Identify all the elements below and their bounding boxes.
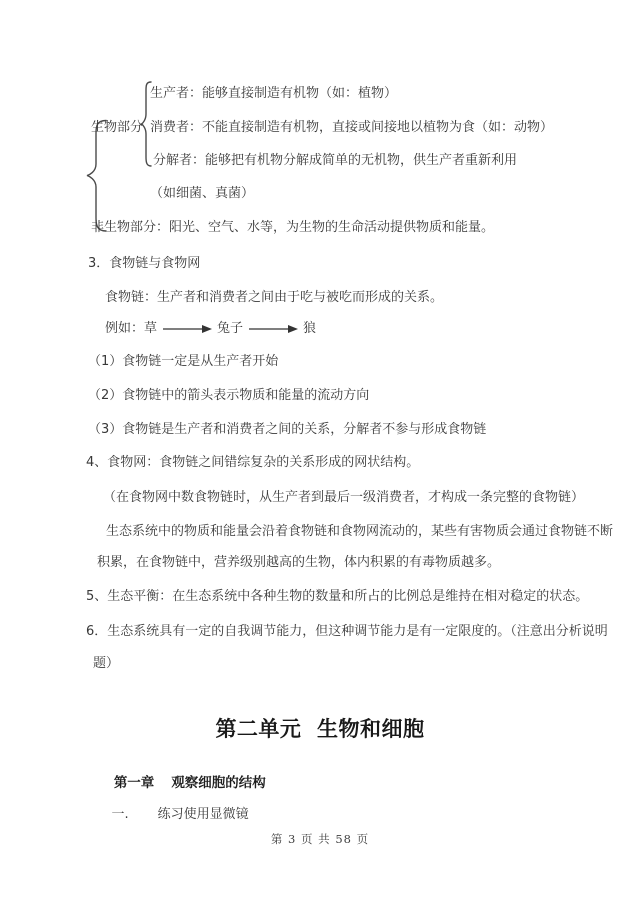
subitem-1: 一.练习使用显微镜: [95, 792, 249, 837]
item-5-line: 5、生态平衡：在生态系统中各种生物的数量和所占的比例总是维持在相对稳定的状态。: [86, 589, 588, 604]
example-node-wolf: 狼: [303, 321, 316, 336]
item-4-line-1: 4、食物网：食物链之间错综复杂的关系形成的网状结构。: [86, 455, 419, 470]
food-chain-point-3: （3）食物链是生产者和消费者之间的关系，分解者不参与形成食物链: [88, 422, 486, 437]
food-chain-point-1: （1）食物链一定是从生产者开始: [88, 354, 278, 369]
subitem-number: 一.: [112, 807, 129, 822]
item-6-line-1: 6．生态系统具有一定的自我调节能力，但这种调节能力是有一定限度的。（注意出分析说…: [86, 624, 608, 639]
section-3-heading: 3．食物链与食物网: [88, 256, 200, 271]
decomposer-note: （如细菌、真菌）: [150, 186, 254, 201]
arrow-right-icon: [248, 323, 298, 335]
unit-2-heading: 第二单元 生物和细胞: [0, 717, 640, 742]
subitem-title: 练习使用显微镜: [158, 807, 249, 822]
food-chain-example: 例如：草 兔子 狼: [105, 321, 316, 336]
example-node-grass: 例如：草: [105, 321, 157, 336]
item-4-line-4: 积累，在食物链中，营养级别越高的生物，体内积累的有毒物质越多。: [97, 555, 500, 570]
outer-brace: [85, 119, 109, 233]
item-4-line-3: 生态系统中的物质和能量会沿着食物链和食物网流动的，某些有害物质会通过食物链不断: [106, 524, 613, 539]
consumer-line: 消费者：不能直接制造有机物，直接或间接地以植物为食（如：动物）: [150, 120, 553, 135]
biotic-part-label: 生物部分: [91, 120, 143, 135]
arrow-right-icon: [162, 323, 212, 335]
chapter-title: 观察细胞的结构: [171, 775, 266, 791]
item-4-line-2: （在食物网中数食物链时，从生产者到最后一级消费者，才构成一条完整的食物链）: [103, 490, 584, 505]
example-node-rabbit: 兔子: [217, 321, 243, 336]
chapter-number: 第一章: [114, 775, 155, 791]
food-chain-point-2: （2）食物链中的箭头表示物质和能量的流动方向: [88, 388, 369, 403]
item-6-line-2: 题）: [93, 656, 119, 671]
document-page: 生产者：能够直接制造有机物（如：植物） 生物部分 消费者：不能直接制造有机物，直…: [0, 0, 640, 905]
food-chain-definition: 食物链：生产者和消费者之间由于吃与被吃而形成的关系。: [105, 290, 443, 305]
producer-line: 生产者：能够直接制造有机物（如：植物）: [150, 86, 397, 101]
decomposer-line: 分解者：能够把有机物分解成简单的无机物，供生产者重新利用: [153, 153, 517, 168]
page-footer: 第 3 页 共 58 页: [0, 832, 640, 846]
abiotic-part-line: 非生物部分：阳光、空气、水等，为生物的生命活动提供物质和能量。: [91, 220, 494, 235]
